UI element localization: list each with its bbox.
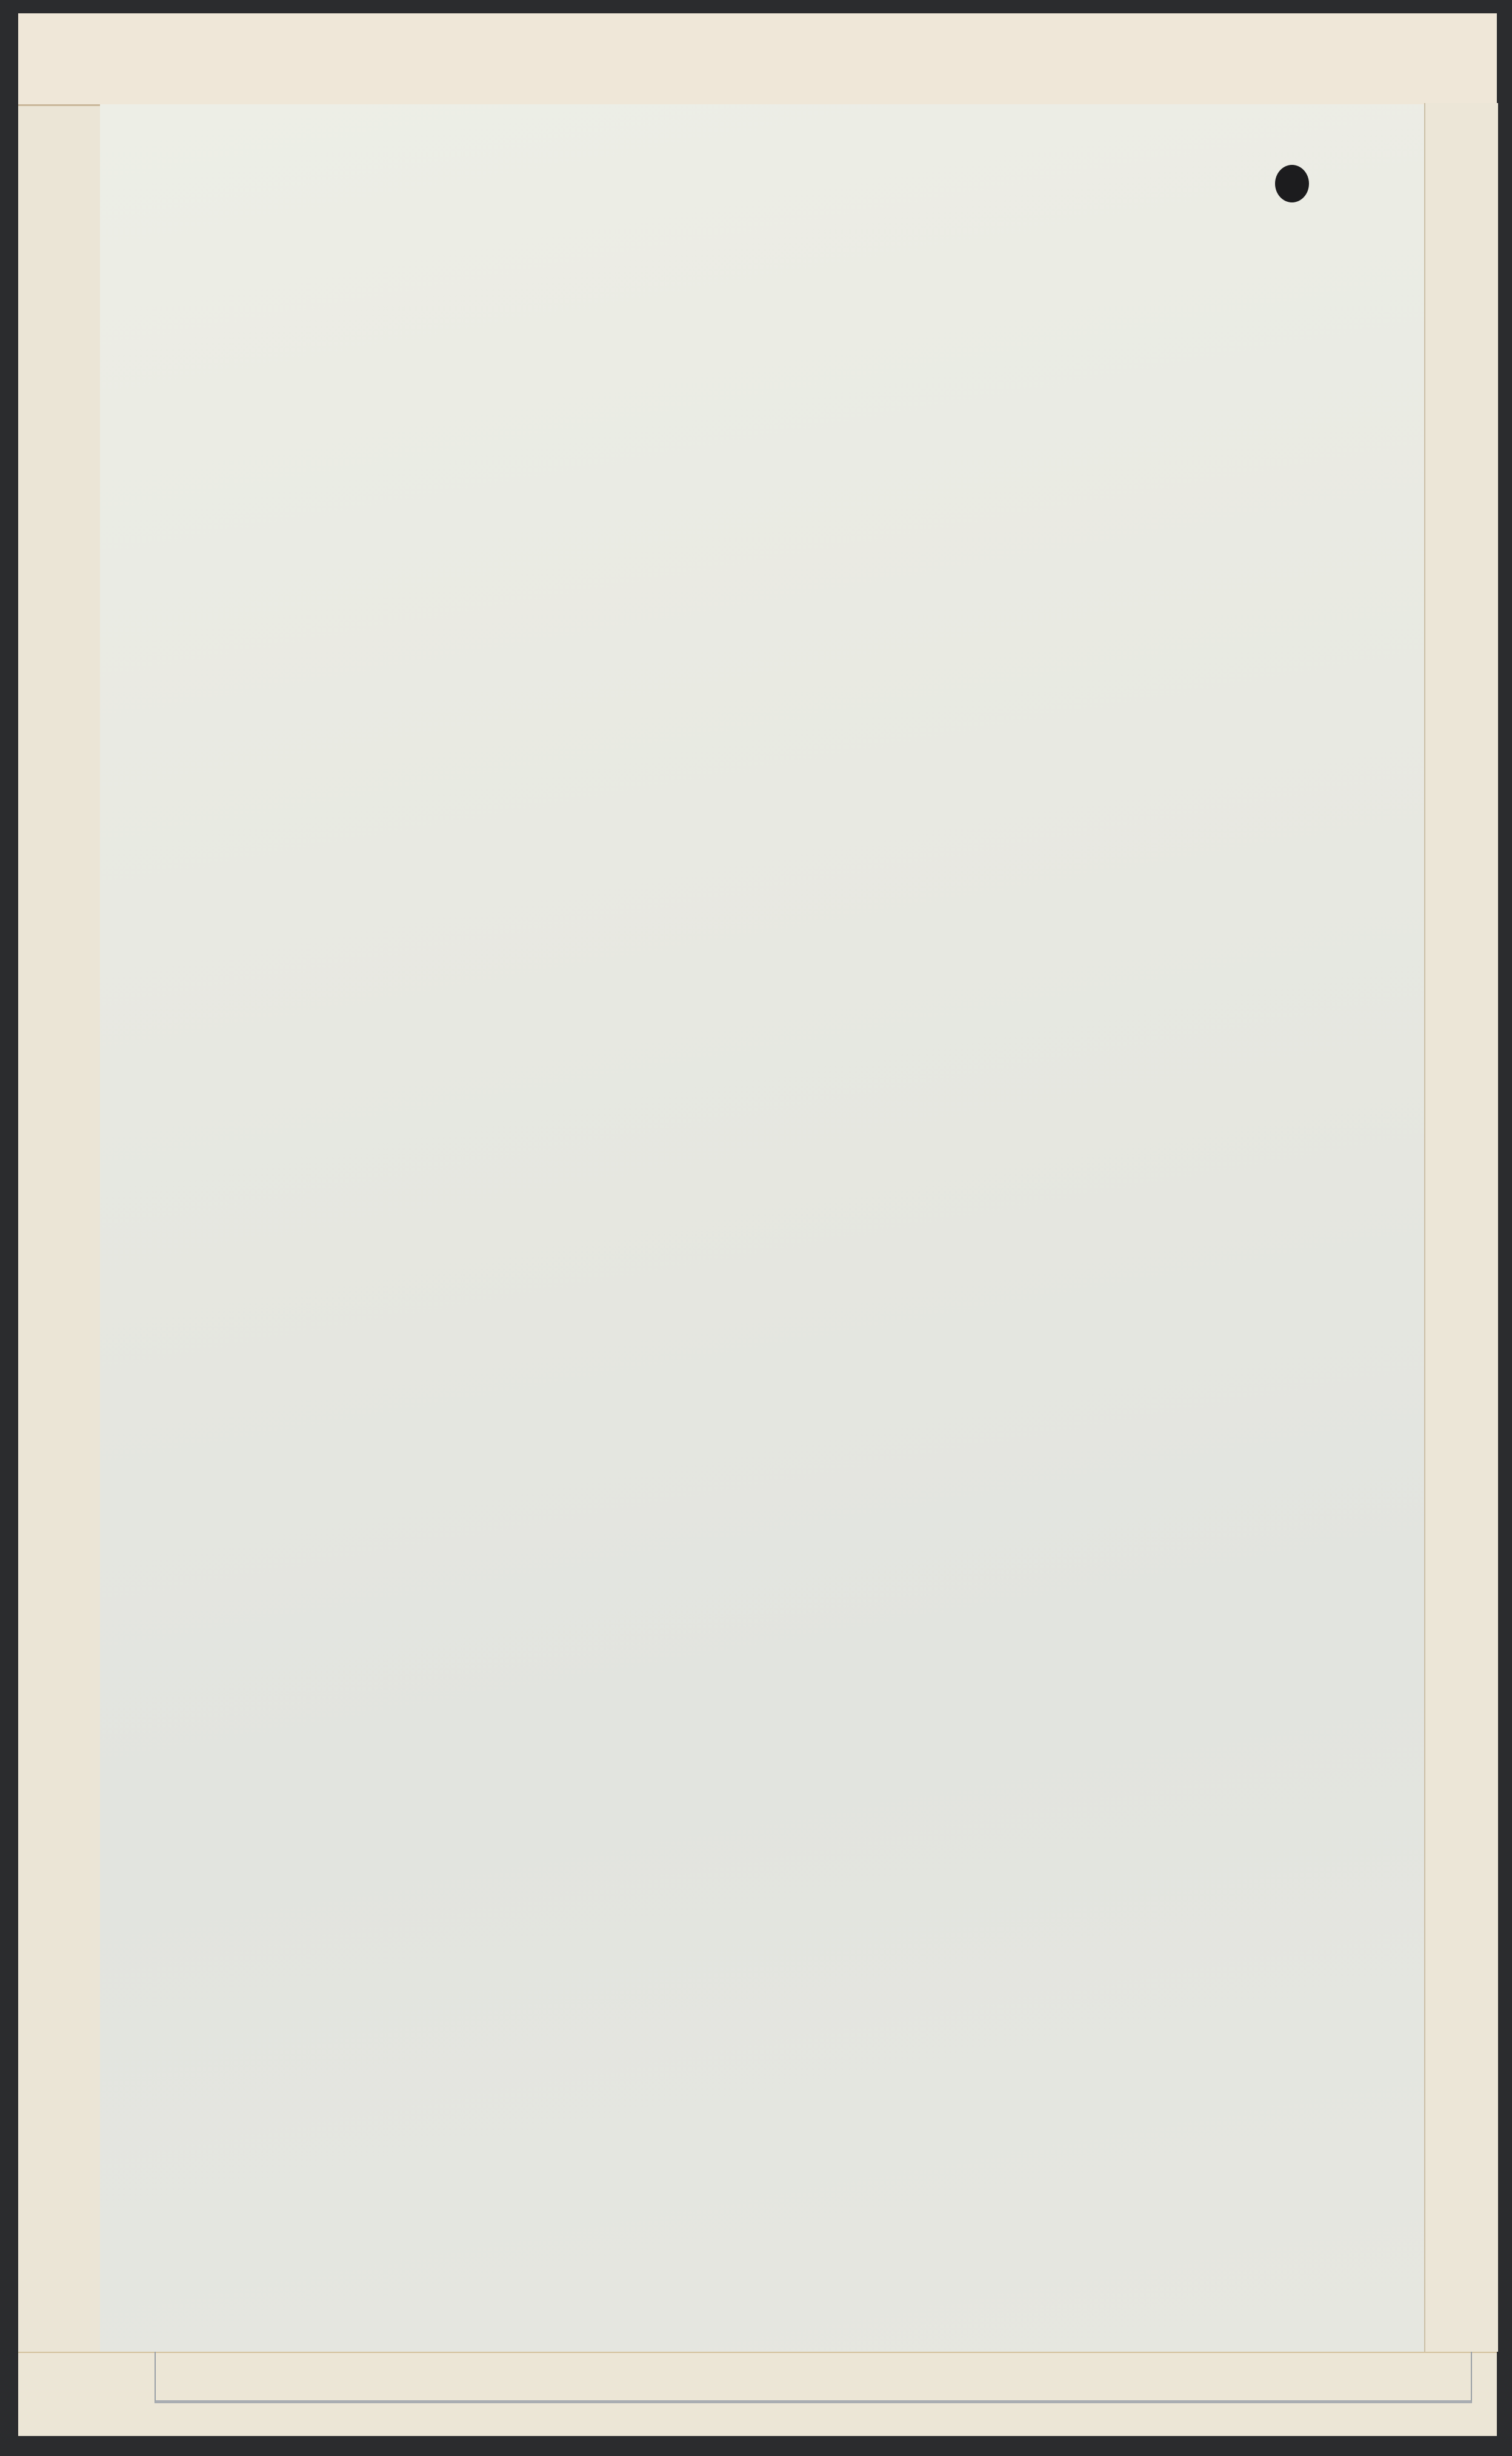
left-margin-strip bbox=[18, 13, 101, 2435]
bottom-frame-lines bbox=[155, 2352, 1472, 2403]
punch-hole-icon bbox=[1275, 165, 1309, 202]
right-binding-strip bbox=[1424, 103, 1498, 2352]
top-fold-strip bbox=[18, 13, 1497, 106]
typed-page bbox=[100, 104, 1424, 2352]
